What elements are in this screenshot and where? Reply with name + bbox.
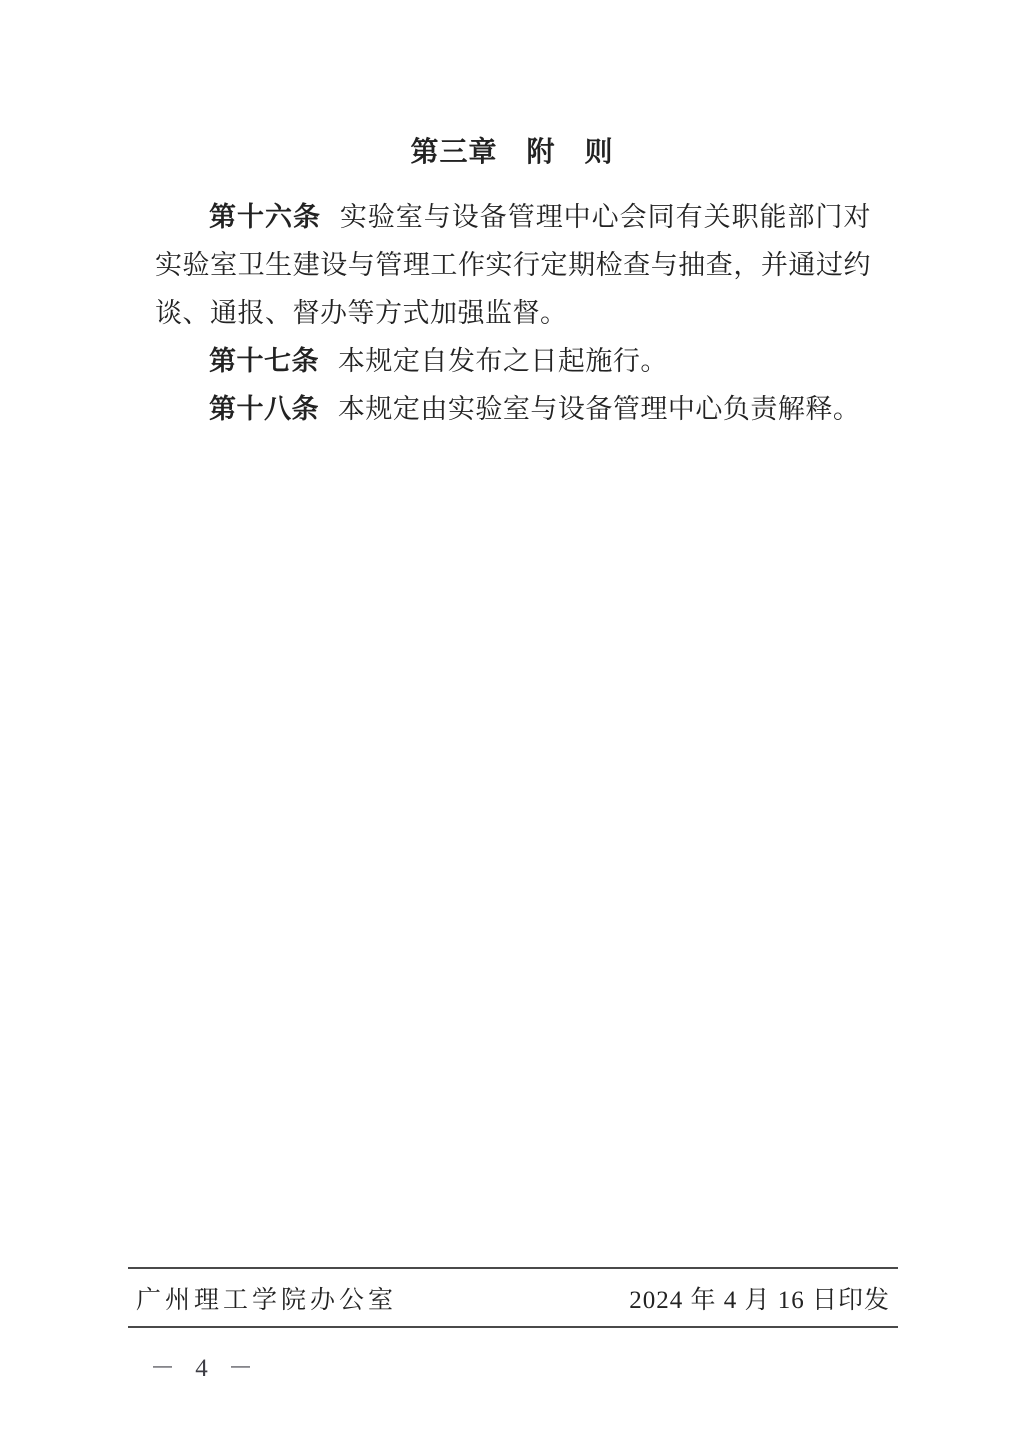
- footer-issuer: 广州理工学院办公室: [136, 1280, 397, 1316]
- document-body: 第十六条实验室与设备管理中心会同有关职能部门对实验室卫生建设与管理工作实行定期检…: [155, 193, 871, 433]
- article-text: 本规定由实验室与设备管理中心负责解释。: [338, 394, 861, 424]
- footer-print-date: 2024 年 4 月 16 日印发: [629, 1280, 890, 1316]
- footer-bottom-rule: [128, 1326, 898, 1328]
- article-paragraph-17: 第十七条本规定自发布之日起施行。: [155, 337, 871, 385]
- chapter-title: 第三章 附 则: [0, 0, 1024, 168]
- article-text: 本规定自发布之日起施行。: [338, 346, 668, 376]
- footer-text-row: 广州理工学院办公室 2024 年 4 月 16 日印发: [128, 1269, 898, 1326]
- page-number: － 4 －: [150, 1348, 260, 1384]
- article-paragraph-18: 第十八条本规定由实验室与设备管理中心负责解释。: [155, 385, 871, 433]
- article-label: 第十七条: [209, 346, 319, 376]
- document-page: 第三章 附 则 第十六条实验室与设备管理中心会同有关职能部门对实验室卫生建设与管…: [0, 0, 1024, 1448]
- document-footer: 广州理工学院办公室 2024 年 4 月 16 日印发: [128, 1267, 898, 1328]
- article-label: 第十六条: [209, 202, 321, 232]
- article-paragraph-16: 第十六条实验室与设备管理中心会同有关职能部门对实验室卫生建设与管理工作实行定期检…: [155, 193, 871, 337]
- article-label: 第十八条: [209, 394, 319, 424]
